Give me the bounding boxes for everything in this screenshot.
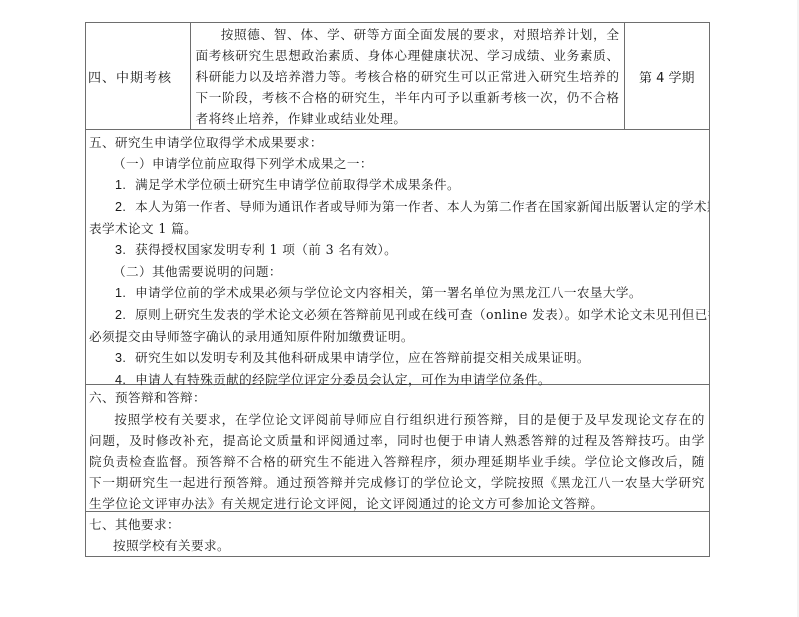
midterm-term: 第 4 学期: [639, 71, 695, 86]
section5-sub2-item-1: 1. 申请学位前的学术成果必须与学位论文内容相关，第一署名单位为黑龙江八一农垦大…: [86, 282, 709, 304]
item-text: 满足学术学位硕士研究生申请学位前取得学术成果条件。: [135, 177, 460, 192]
midterm-term-cell: 第 4 学期: [624, 23, 709, 130]
item-number: 1.: [115, 178, 126, 192]
item-number: 2.: [115, 308, 126, 322]
section5-sub2-item-2: 2. 原则上研究生发表的学术论文必须在答辩前见刊或在线可查（online 发表）…: [86, 304, 709, 326]
section5-sub1-item-2-continued: 表学术论文 1 篇。: [86, 218, 709, 239]
item-number: 3.: [115, 243, 126, 257]
section6-content: 按照学校有关要求，在学位论文评阅前导师应自行组织进行预答辩，目的是便于及早发现论…: [86, 408, 709, 514]
section6-cell: 六、预答辩和答辩： 按照学校有关要求，在学位论文评阅前导师应自行组织进行预答辩，…: [86, 385, 710, 512]
section5-sub1-item-1: 1. 满足学术学位硕士研究生申请学位前取得学术成果条件。: [86, 174, 709, 196]
item-number: 2.: [115, 200, 126, 214]
section7-row: 七、其他要求： 按照学校有关要求。: [86, 512, 710, 557]
midterm-label-cell: 四、中期考核: [86, 23, 191, 130]
item-text: 本人为第一作者、导师为通讯作者或导师为第一作者、本人为第二作者在国家新闻出版署认…: [135, 199, 709, 214]
section5-heading: 五、研究生申请学位取得学术成果要求：: [86, 132, 709, 153]
section6-row: 六、预答辩和答辩： 按照学校有关要求，在学位论文评阅前导师应自行组织进行预答辩，…: [86, 385, 710, 512]
midterm-label: 四、中期考核: [88, 71, 172, 86]
section5-sub2-heading: （二）其他需要说明的问题：: [86, 261, 709, 282]
item-text: 申请人有特殊贡献的经院学位评定分委员会认定，可作为申请学位条件。: [135, 372, 551, 387]
item-text: 申请学位前的学术成果必须与学位论文内容相关，第一署名单位为黑龙江八一农垦大学。: [135, 285, 642, 300]
section5-sub1-item-2: 2. 本人为第一作者、导师为通讯作者或导师为第一作者、本人为第二作者在国家新闻出…: [86, 196, 709, 218]
section5-sub1-item-3: 3. 获得授权国家发明专利 1 项（前 3 名有效）。: [86, 239, 709, 261]
midterm-content: 按照德、智、体、学、研等方面全面发展的要求，对照培养计划，全面考核研究生思想政治…: [191, 23, 624, 129]
item-number: 4.: [115, 373, 126, 387]
section5-sub2-item-2-continued: 必须提交由导师签字确认的录用通知原件附加缴费证明。: [86, 326, 709, 347]
item-text: 原则上研究生发表的学术论文必须在答辩前见刊或在线可查（online 发表）。如学…: [135, 307, 709, 322]
item-number: 3.: [115, 351, 126, 365]
section7-heading: 七、其他要求：: [86, 514, 709, 535]
document-page: 四、中期考核 按照德、智、体、学、研等方面全面发展的要求，对照培养计划，全面考核…: [0, 0, 799, 617]
section7-cell: 七、其他要求： 按照学校有关要求。: [86, 512, 710, 557]
section7-content: 按照学校有关要求。: [86, 535, 709, 556]
item-number: 1.: [115, 286, 126, 300]
section5-sub2-item-3: 3. 研究生如以发明专利及其他科研成果申请学位，应在答辩前提交相关成果证明。: [86, 347, 709, 369]
section5-sub1-heading: （一）申请学位前应取得下列学术成果之一：: [86, 153, 709, 174]
training-plan-table: 四、中期考核 按照德、智、体、学、研等方面全面发展的要求，对照培养计划，全面考核…: [85, 22, 710, 557]
midterm-content-cell: 按照德、智、体、学、研等方面全面发展的要求，对照培养计划，全面考核研究生思想政治…: [190, 23, 624, 130]
midterm-assessment-row: 四、中期考核 按照德、智、体、学、研等方面全面发展的要求，对照培养计划，全面考核…: [86, 23, 710, 130]
section5-row: 五、研究生申请学位取得学术成果要求： （一）申请学位前应取得下列学术成果之一： …: [86, 130, 710, 385]
section5-cell: 五、研究生申请学位取得学术成果要求： （一）申请学位前应取得下列学术成果之一： …: [86, 130, 710, 385]
item-text: 获得授权国家发明专利 1 项（前 3 名有效）。: [135, 242, 397, 257]
item-text: 研究生如以发明专利及其他科研成果申请学位，应在答辩前提交相关成果证明。: [135, 350, 590, 365]
